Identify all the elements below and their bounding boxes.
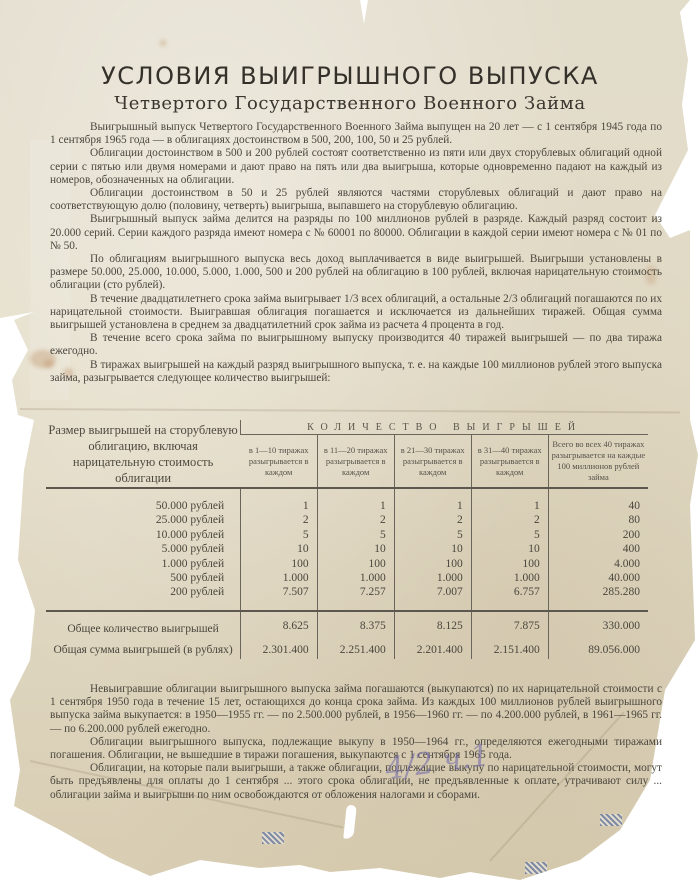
prize-amount: 200 рублей bbox=[46, 585, 241, 610]
cell: 1.000 bbox=[394, 571, 471, 585]
cell: 285.280 bbox=[548, 585, 648, 610]
cell: 1 bbox=[241, 488, 318, 513]
cell: 7.007 bbox=[394, 585, 471, 610]
cell: 5 bbox=[241, 528, 318, 542]
cell: 2 bbox=[317, 513, 394, 527]
closing-text: Невыигравшие облигации выигрышного выпус… bbox=[50, 683, 662, 802]
paragraph: Невыигравшие облигации выигрышного выпус… bbox=[50, 683, 662, 736]
cell: 330.000 bbox=[548, 611, 648, 640]
paragraph: В течение всего срока займа по выигрышно… bbox=[50, 332, 662, 358]
cell: 10 bbox=[241, 542, 318, 556]
intro-text: Выигрышный выпуск Четвертого Государстве… bbox=[50, 121, 662, 385]
prize-table: Размер выигрышей на сторублевую облигаци… bbox=[46, 420, 648, 659]
cell: 8.375 bbox=[317, 611, 394, 640]
cell: 1 bbox=[394, 488, 471, 513]
cell: 8.125 bbox=[394, 611, 471, 640]
stain bbox=[160, 40, 166, 46]
prize-amount: 1.000 рублей bbox=[46, 557, 241, 571]
paragraph: Облигации выигрышного выпуска, подлежащи… bbox=[50, 736, 662, 762]
cell: 89.056.000 bbox=[548, 640, 648, 659]
cell: 8.625 bbox=[241, 611, 318, 640]
table-row: 500 рублей 1.000 1.000 1.000 1.000 40.00… bbox=[46, 571, 648, 585]
total-sum-row: Общая сумма выигрышей (в рублях) 2.301.4… bbox=[46, 640, 648, 659]
total-count-label: Общее количество выигрышей bbox=[46, 611, 241, 640]
document-subtitle: Четвертого Государственного Военного Зай… bbox=[0, 93, 700, 114]
paragraph: Выигрышный выпуск займа делится на разря… bbox=[50, 213, 662, 253]
paragraph: Выигрышный выпуск Четвертого Государстве… bbox=[50, 121, 662, 147]
table-row: 1.000 рублей 100 100 100 100 4.000 bbox=[46, 557, 648, 571]
table-row: 10.000 рублей 5 5 5 5 200 bbox=[46, 528, 648, 542]
cell: 7.257 bbox=[317, 585, 394, 610]
cell: 4.000 bbox=[548, 557, 648, 571]
cell: 100 bbox=[317, 557, 394, 571]
cell: 10 bbox=[317, 542, 394, 556]
prize-amount: 50.000 рублей bbox=[46, 488, 241, 513]
tear-hole bbox=[343, 805, 356, 840]
cell: 2 bbox=[394, 513, 471, 527]
cell: 80 bbox=[548, 513, 648, 527]
cell: 10 bbox=[471, 542, 548, 556]
cell: 2.301.400 bbox=[241, 640, 318, 659]
prize-amount: 5.000 рублей bbox=[46, 542, 241, 556]
column-header: в 31—40 тиражах разыгрывается в каждом bbox=[471, 435, 548, 489]
cell: 5 bbox=[471, 528, 548, 542]
column-header: Всего во всех 40 тиражах разыгрывается н… bbox=[548, 435, 648, 489]
cell: 5 bbox=[394, 528, 471, 542]
table-row: 200 рублей 7.507 7.257 7.007 6.757 285.2… bbox=[46, 585, 648, 610]
cell: 100 bbox=[471, 557, 548, 571]
total-count-row: Общее количество выигрышей 8.625 8.375 8… bbox=[46, 611, 648, 640]
cell: 100 bbox=[241, 557, 318, 571]
paragraph: В тиражах выигрышей на каждый разряд выи… bbox=[50, 359, 662, 385]
column-header: в 21—30 тиражах разыгрывается в каждом bbox=[394, 435, 471, 489]
document-title: УСЛОВИЯ ВЫИГРЫШНОГО ВЫПУСКА bbox=[0, 62, 700, 90]
cell: 10 bbox=[394, 542, 471, 556]
cell: 100 bbox=[394, 557, 471, 571]
paragraph: Облигации достоинством в 50 и 25 рублей … bbox=[50, 187, 662, 213]
cell: 2.201.400 bbox=[394, 640, 471, 659]
group-header: КОЛИЧЕСТВО ВЫИГРЫШЕЙ bbox=[241, 420, 648, 435]
cell: 400 bbox=[548, 542, 648, 556]
paragraph: В течение двадцатилетнего срока займа вы… bbox=[50, 293, 662, 333]
cell: 7.507 bbox=[241, 585, 318, 610]
cell: 1.000 bbox=[471, 571, 548, 585]
paragraph: Облигации, на которые пали выигрыши, а т… bbox=[50, 762, 662, 802]
cell: 7.875 bbox=[471, 611, 548, 640]
cell: 1 bbox=[317, 488, 394, 513]
prize-amount: 500 рублей bbox=[46, 571, 241, 585]
cell: 2 bbox=[241, 513, 318, 527]
column-header: в 11—20 тиражах разыгрывается в каждом bbox=[317, 435, 394, 489]
table-row: 50.000 рублей 1 1 1 1 40 bbox=[46, 488, 648, 513]
total-sum-label: Общая сумма выигрышей (в рублях) bbox=[46, 640, 241, 659]
cell: 1 bbox=[471, 488, 548, 513]
row-header: Размер выигрышей на сторублевую облигаци… bbox=[46, 420, 241, 488]
stamp-fragment bbox=[262, 832, 284, 844]
cell: 5 bbox=[317, 528, 394, 542]
cell: 1.000 bbox=[317, 571, 394, 585]
cell: 6.757 bbox=[471, 585, 548, 610]
paragraph: Облигации достоинством в 500 и 200 рубле… bbox=[50, 147, 662, 187]
cell: 2 bbox=[471, 513, 548, 527]
stamp-fragment bbox=[525, 862, 547, 874]
table-row: 5.000 рублей 10 10 10 10 400 bbox=[46, 542, 648, 556]
cell: 2.251.400 bbox=[317, 640, 394, 659]
prize-amount: 10.000 рублей bbox=[46, 528, 241, 542]
cell: 40 bbox=[548, 488, 648, 513]
table-row: 25.000 рублей 2 2 2 2 80 bbox=[46, 513, 648, 527]
cell: 200 bbox=[548, 528, 648, 542]
cell: 1.000 bbox=[241, 571, 318, 585]
fold-crease bbox=[20, 408, 680, 413]
cell: 40.000 bbox=[548, 571, 648, 585]
prize-amount: 25.000 рублей bbox=[46, 513, 241, 527]
stamp-fragment bbox=[600, 814, 622, 826]
column-header: в 1—10 тиражах разыгрывается в каждом bbox=[241, 435, 318, 489]
cell: 2.151.400 bbox=[471, 640, 548, 659]
paragraph: По облигациям выигрышного выпуска весь д… bbox=[50, 253, 662, 293]
